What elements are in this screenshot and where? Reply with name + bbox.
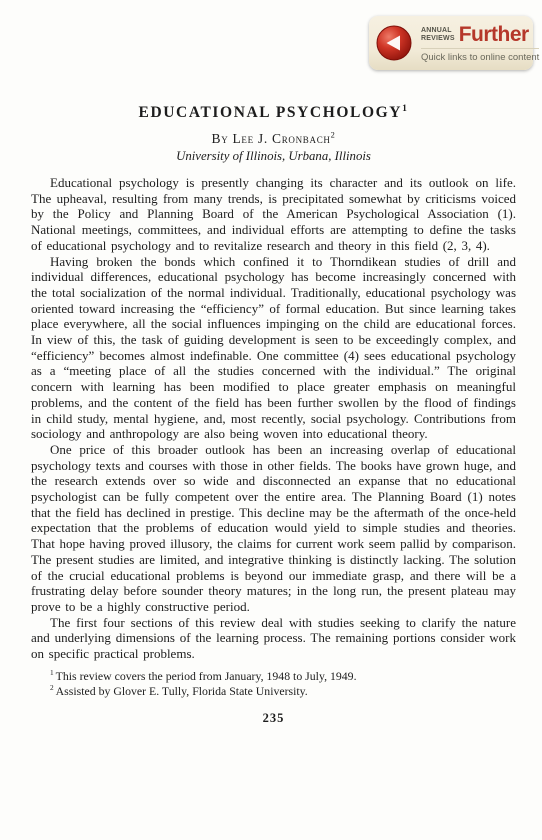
paragraph-1: Educational psychology is presently chan… bbox=[31, 175, 516, 254]
footnote-2-marker: 2 bbox=[50, 683, 54, 692]
page-number: 235 bbox=[31, 711, 516, 726]
footnote-1-marker: 1 bbox=[50, 668, 54, 677]
page: ANNUAL REVIEWS Further Quick links to on… bbox=[0, 0, 542, 840]
paragraph-3: One price of this broader outlook has be… bbox=[31, 442, 516, 615]
article-content: EDUCATIONAL PSYCHOLOGY1 By Lee J. Cronba… bbox=[0, 0, 542, 726]
annual-reviews-further-badge[interactable]: ANNUAL REVIEWS Further Quick links to on… bbox=[369, 16, 533, 70]
further-label: Further bbox=[459, 24, 529, 46]
article-title-text: EDUCATIONAL PSYCHOLOGY bbox=[139, 104, 403, 121]
affiliation: University of Illinois, Urbana, Illinois bbox=[31, 149, 516, 164]
paragraph-4: The first four sections of this review d… bbox=[31, 615, 516, 662]
article-title: EDUCATIONAL PSYCHOLOGY1 bbox=[31, 104, 516, 122]
article-body: Educational psychology is presently chan… bbox=[31, 175, 516, 662]
paragraph-2: Having broken the bonds which confined i… bbox=[31, 254, 516, 442]
brand-line-1: ANNUAL bbox=[421, 27, 455, 35]
byline: By Lee J. Cronbach2 bbox=[31, 131, 516, 147]
annual-reviews-arrow-icon bbox=[376, 25, 412, 61]
brand-line-2: REVIEWS bbox=[421, 35, 455, 43]
badge-top-row: ANNUAL REVIEWS Further bbox=[421, 24, 539, 48]
byline-text: By Lee J. Cronbach bbox=[211, 131, 330, 146]
badge-body: ANNUAL REVIEWS Further Quick links to on… bbox=[412, 24, 542, 63]
annual-reviews-brand: ANNUAL REVIEWS bbox=[421, 27, 455, 42]
footnotes: 1This review covers the period from Janu… bbox=[31, 669, 516, 699]
footnote-2-text: Assisted by Glover E. Tully, Florida Sta… bbox=[56, 684, 308, 698]
footnote-1-text: This review covers the period from Janua… bbox=[56, 669, 357, 683]
title-footnote-ref: 1 bbox=[402, 103, 408, 114]
byline-footnote-ref: 2 bbox=[331, 131, 336, 140]
footnote-1: 1This review covers the period from Janu… bbox=[31, 669, 516, 684]
badge-subtitle: Quick links to online content bbox=[421, 48, 539, 63]
footnote-2: 2Assisted by Glover E. Tully, Florida St… bbox=[31, 684, 516, 699]
